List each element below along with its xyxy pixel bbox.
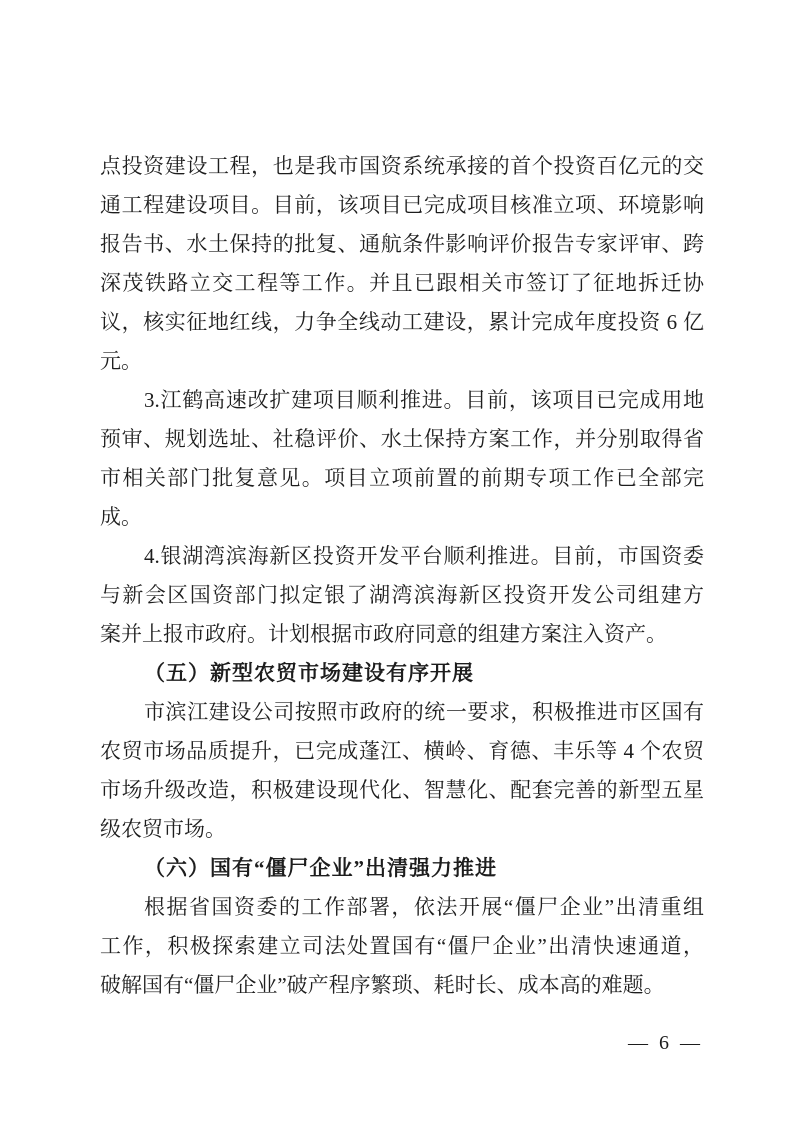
text-line: 成。 — [100, 498, 704, 537]
text-line: 报告书、水土保持的批复、通航条件影响评价报告专家评审、跨 — [100, 225, 704, 264]
text-line: 市相关部门批复意见。项目立项前置的前期专项工作已全部完 — [100, 459, 704, 498]
text-line: 元。 — [100, 342, 704, 381]
text-line: 工作，积极探索建立司法处置国有“僵尸企业”出清快速通道， — [100, 927, 704, 966]
paragraph: 根据省国资委的工作部署，依法开展“僵尸企业”出清重组工作，积极探索建立司法处置国… — [100, 888, 704, 1005]
text-line: 市滨江建设公司按照市政府的统一要求，积极推进市区国有 — [100, 693, 704, 732]
text-line: 案并上报市政府。计划根据市政府同意的组建方案注入资产。 — [100, 615, 704, 654]
text-line: 通工程建设项目。目前，该项目已完成项目核准立项、环境影响 — [100, 186, 704, 225]
text-line: 点投资建设工程，也是我市国资系统承接的首个投资百亿元的交 — [100, 147, 704, 186]
document-body: 点投资建设工程，也是我市国资系统承接的首个投资百亿元的交通工程建设项目。目前，该… — [100, 147, 704, 1005]
text-line: 破解国有“僵尸企业”破产程序繁琐、耗时长、成本高的难题。 — [100, 966, 704, 1005]
text-line: 级农贸市场。 — [100, 810, 704, 849]
text-line: 议，核实征地红线，力争全线动工建设，累计完成年度投资 6 亿 — [100, 303, 704, 342]
text-line: 4.银湖湾滨海新区投资开发平台顺利推进。目前，市国资委 — [100, 537, 704, 576]
paragraph: 4.银湖湾滨海新区投资开发平台顺利推进。目前，市国资委与新会区国资部门拟定银了湖… — [100, 537, 704, 654]
section-heading: （六）国有“僵尸企业”出清强力推进 — [100, 849, 704, 888]
heading-line: （六）国有“僵尸企业”出清强力推进 — [100, 849, 704, 888]
text-line: 预审、规划选址、社稳评价、水土保持方案工作，并分别取得省 — [100, 420, 704, 459]
text-line: 市场升级改造，积极建设现代化、智慧化、配套完善的新型五星 — [100, 771, 704, 810]
text-line: 根据省国资委的工作部署，依法开展“僵尸企业”出清重组 — [100, 888, 704, 927]
section-heading: （五）新型农贸市场建设有序开展 — [100, 654, 704, 693]
text-line: 深茂铁路立交工程等工作。并且已跟相关市签订了征地拆迁协 — [100, 264, 704, 303]
document-page: 点投资建设工程，也是我市国资系统承接的首个投资百亿元的交通工程建设项目。目前，该… — [0, 0, 800, 1131]
paragraph: 市滨江建设公司按照市政府的统一要求，积极推进市区国有农贸市场品质提升，已完成蓬江… — [100, 693, 704, 849]
text-line: 3.江鹤高速改扩建项目顺利推进。目前，该项目已完成用地 — [100, 381, 704, 420]
page-number: — 6 — — [628, 1028, 703, 1058]
paragraph: 3.江鹤高速改扩建项目顺利推进。目前，该项目已完成用地预审、规划选址、社稳评价、… — [100, 381, 704, 537]
heading-line: （五）新型农贸市场建设有序开展 — [100, 654, 704, 693]
text-line: 农贸市场品质提升，已完成蓬江、横岭、育德、丰乐等 4 个农贸 — [100, 732, 704, 771]
page-number-label: — 6 — — [628, 1032, 703, 1054]
text-line: 与新会区国资部门拟定银了湖湾滨海新区投资开发公司组建方 — [100, 576, 704, 615]
paragraph: 点投资建设工程，也是我市国资系统承接的首个投资百亿元的交通工程建设项目。目前，该… — [100, 147, 704, 381]
